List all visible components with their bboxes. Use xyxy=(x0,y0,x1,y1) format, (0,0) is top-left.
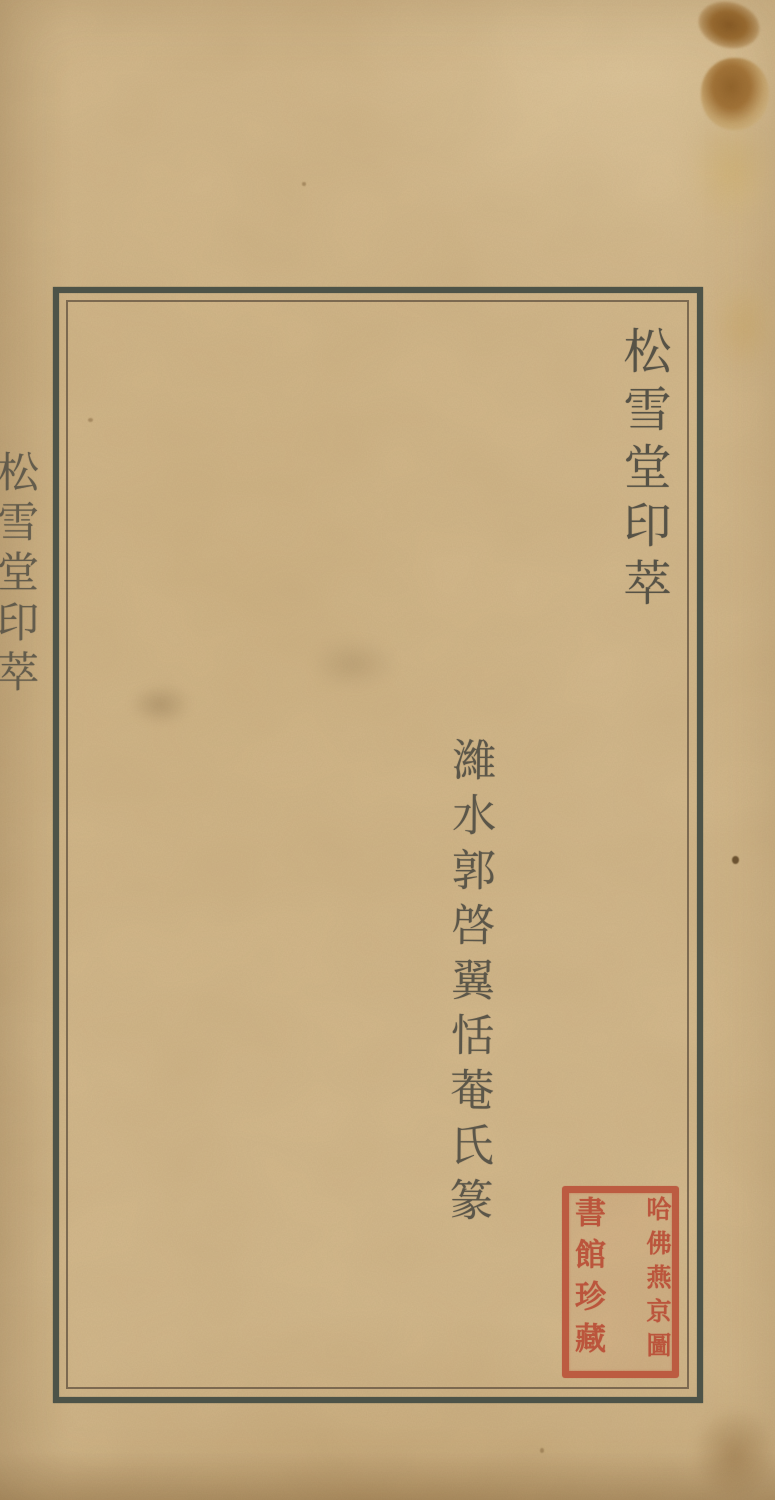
stain-fleck xyxy=(732,856,739,864)
stain-freckle xyxy=(540,1448,544,1453)
inscription-column: 濰水郭啓翼恬菴氏篆 xyxy=(434,737,501,1232)
title-column: 松雪堂印萃 xyxy=(608,326,677,616)
stain-right-margin xyxy=(712,278,775,373)
library-seal: 哈佛燕京圖 書館珍藏 xyxy=(562,1186,679,1378)
stain-freckle xyxy=(302,182,306,186)
spine-title-column: 松雪堂印萃 xyxy=(0,450,44,700)
stain-top-right-halo xyxy=(688,118,774,228)
stain-top-right-dark xyxy=(693,0,764,55)
seal-right-column: 哈佛燕京圖 xyxy=(644,1196,669,1366)
stain-bottom-right-corner xyxy=(694,1410,775,1500)
book-cover-page: 松雪堂印萃 濰水郭啓翼恬菴氏篆 松雪堂印萃 哈佛燕京圖 書館珍藏 xyxy=(0,0,775,1500)
stain-bottom-edge-band xyxy=(0,1452,775,1500)
stain-top-right-brown xyxy=(701,58,769,130)
seal-left-column: 書館珍藏 xyxy=(572,1196,603,1364)
